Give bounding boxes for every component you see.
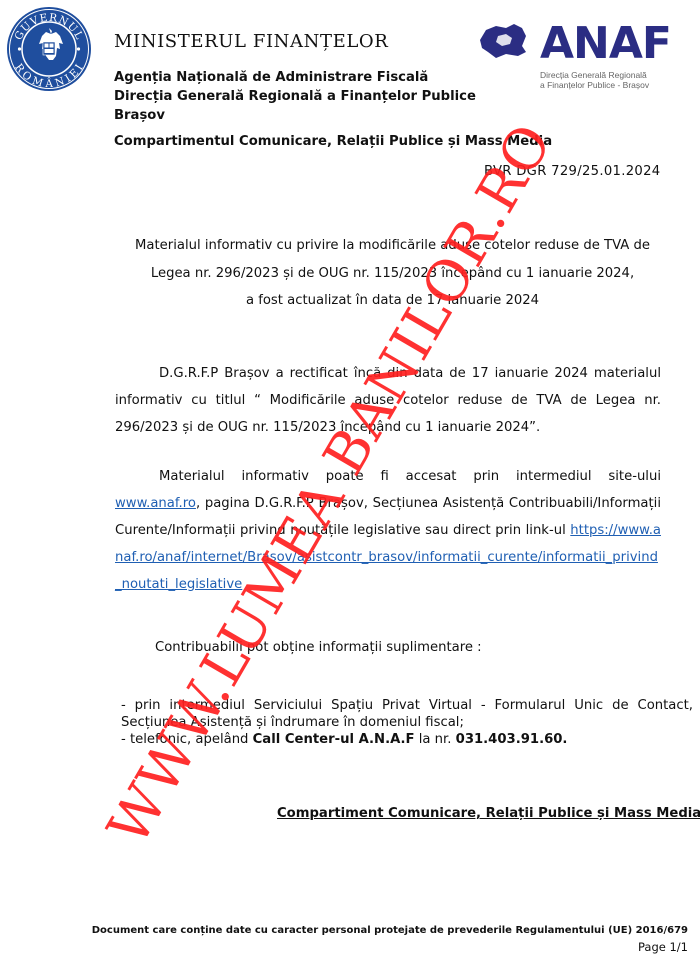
government-of-romania-seal-icon: GUVERNUL ROMÂNIEI	[6, 6, 92, 92]
ministry-name: MINISTERUL FINANȚELOR	[114, 31, 388, 52]
list-item-continued: Secțiunea Asistență și îndrumare în dome…	[121, 714, 693, 731]
anaf-logo: ANAF	[478, 20, 696, 66]
list-item: - prin intermediul Serviciului Spațiu Pr…	[121, 697, 693, 714]
city: Brașov	[114, 106, 476, 125]
list-item: - telefonic, apelând Call Center-ul A.N.…	[121, 731, 693, 748]
anaf-site-link[interactable]: www.anaf.ro	[115, 496, 196, 511]
contact-list: - prin intermediul Serviciului Spațiu Pr…	[121, 697, 693, 748]
agency-block: Agenția Națională de Administrare Fiscal…	[114, 68, 476, 125]
signature: Compartiment Comunicare, Relații Publice…	[277, 806, 700, 821]
page-number: Page 1/1	[638, 940, 688, 954]
agency-name: Agenția Națională de Administrare Fiscal…	[114, 68, 476, 87]
paragraph-access: Materialul informativ poate fi accesat p…	[115, 463, 661, 598]
contrib-intro: Contribuabilii pot obține informații sup…	[155, 640, 482, 655]
department-name: Compartimentul Comunicare, Relații Publi…	[114, 134, 552, 149]
document-title: Materialul informativ cu privire la modi…	[110, 232, 675, 315]
gdpr-notice: Document care conține date cu caracter p…	[92, 925, 688, 936]
paragraph-rectification: D.G.R.F.P Brașov a rectificat încă din d…	[115, 360, 661, 441]
document-reference: BVR DGR 729/25.01.2024	[484, 164, 660, 179]
svg-text:ANAF: ANAF	[540, 20, 671, 66]
romania-map-icon	[480, 24, 526, 58]
anaf-logo-subtitle: Direcția Generală Regională a Finanțelor…	[540, 70, 649, 90]
phone-number: 031.403.91.60.	[456, 732, 568, 747]
regional-directorate: Direcția Generală Regională a Finanțelor…	[114, 87, 476, 106]
